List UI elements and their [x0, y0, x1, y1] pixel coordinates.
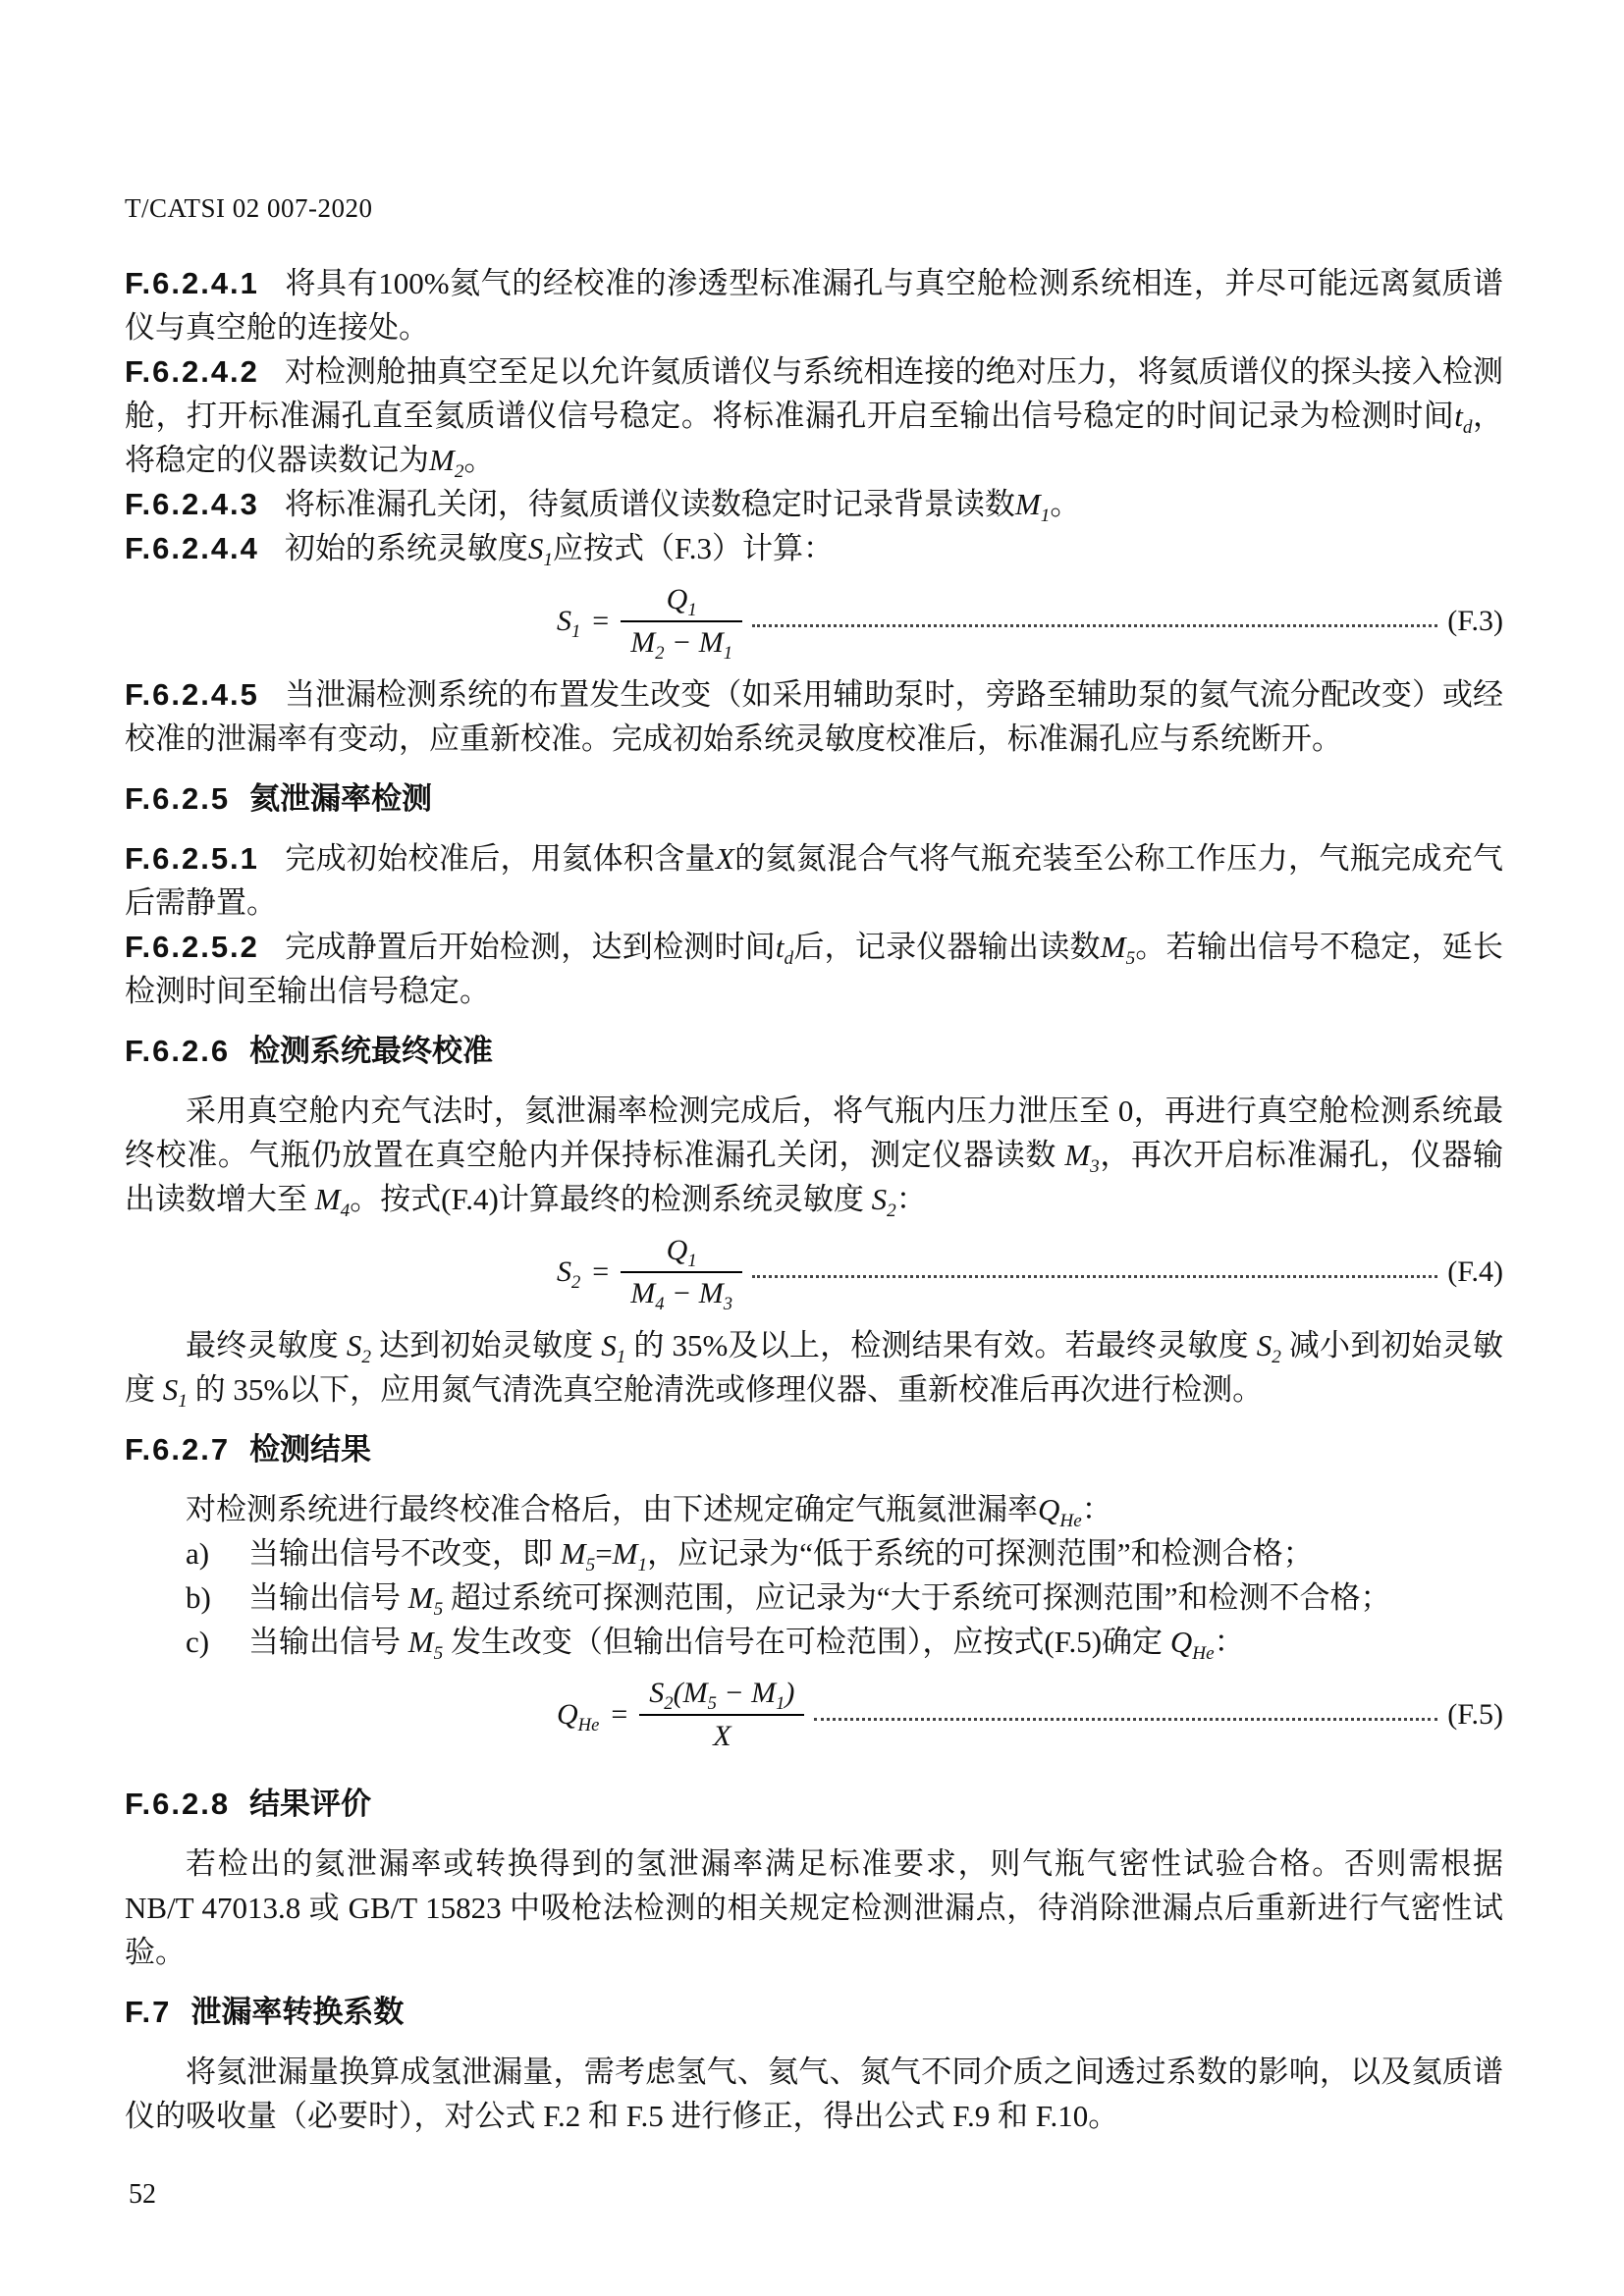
clause-f6245: F.6.2.4.5当泄漏检测系统的布置发生改变（如采用辅助泵时，旁路至辅助泵的氦… — [125, 672, 1503, 761]
formula-lhs: S1 — [557, 605, 580, 638]
equals-sign: = — [611, 1698, 627, 1732]
clause-number: F.6.2.4.2 — [125, 354, 259, 389]
equation-f5: QHe = S2(M5 − M1) X — [557, 1673, 804, 1757]
formula-f3: S1 = Q1 M2 − M1 (F.3) — [125, 570, 1503, 672]
dotted-leader — [752, 1275, 1437, 1278]
list-marker: b) — [186, 1575, 248, 1620]
list-marker: c) — [186, 1620, 248, 1664]
clause-f6241: F.6.2.4.1将具有100%氦气的经校准的渗透型标准漏孔与真空舱检测系统相连… — [125, 261, 1503, 349]
formula-f4: S2 = Q1 M4 − M3 (F.4) — [125, 1221, 1503, 1323]
fraction-numerator: S2(M5 − M1) — [639, 1673, 804, 1714]
clause-number: F.6.2.4.4 — [125, 531, 259, 565]
document-code-header: T/CATSI 02 007-2020 — [125, 192, 1503, 224]
heading-title: 检测系统最终校准 — [249, 1034, 493, 1068]
equals-sign: = — [592, 1255, 609, 1289]
clause-f6243: F.6.2.4.3将标准漏孔关闭，待氦质谱仪读数稳定时记录背景读数M1。 — [125, 482, 1503, 526]
heading-title: 氦泄漏率检测 — [249, 781, 432, 816]
heading-number: F.6.2.6 — [125, 1034, 230, 1068]
paragraph-f7-body: 将氦泄漏量换算成氢泄漏量，需考虑氢气、氦气、氮气不同介质之间透过系数的影响，以及… — [125, 2050, 1503, 2138]
clause-f6251: F.6.2.5.1完成初始校准后，用氦体积含量X的氦氮混合气将气瓶充装至公称工作… — [125, 836, 1503, 925]
clause-text: 当泄漏检测系统的布置发生改变（如采用辅助泵时，旁路至辅助泵的氦气流分配改变）或经… — [125, 677, 1503, 756]
clause-text: 初始的系统灵敏度S1应按式（F.3）计算： — [285, 531, 834, 565]
dotted-leader — [752, 624, 1437, 627]
formula-label: (F.5) — [1447, 1698, 1503, 1732]
clause-text: 完成静置后开始检测，达到检测时间td后，记录仪器输出读数M5。若输出信号不稳定，… — [125, 930, 1503, 1008]
clause-text: 完成初始校准后，用氦体积含量X的氦氮混合气将气瓶充装至公称工作压力，气瓶完成充气… — [125, 841, 1503, 920]
heading-title: 检测结果 — [249, 1432, 371, 1467]
section-heading-f626: F.6.2.6检测系统最终校准 — [125, 1029, 1503, 1073]
heading-title: 结果评价 — [249, 1787, 371, 1821]
list-text: 当输出信号 M5 超过系统可探测范围，应记录为“大于系统可探测范围”和检测不合格… — [248, 1575, 1503, 1620]
section-heading-f625: F.6.2.5氦泄漏率检测 — [125, 776, 1503, 821]
clause-number: F.6.2.5.1 — [125, 841, 259, 876]
fraction-numerator: Q1 — [621, 579, 742, 620]
paragraph-sensitivity-criteria: 最终灵敏度 S2 达到初始灵敏度 S1 的 35%及以上，检测结果有效。若最终灵… — [125, 1323, 1503, 1412]
clause-text: 对检测舱抽真空至足以允许氦质谱仪与系统相连接的绝对压力，将氦质谱仪的探头接入检测… — [125, 354, 1503, 477]
section-heading-f7: F.7泄漏率转换系数 — [125, 1990, 1503, 2034]
clause-number: F.6.2.5.2 — [125, 930, 259, 964]
list-marker: a) — [186, 1531, 248, 1575]
clause-text: 将具有100%氦气的经校准的渗透型标准漏孔与真空舱检测系统相连，并尽可能远离氦质… — [125, 266, 1503, 345]
document-page: T/CATSI 02 007-2020 F.6.2.4.1将具有100%氦气的经… — [0, 0, 1624, 2296]
dotted-leader — [814, 1718, 1437, 1721]
heading-number: F.6.2.8 — [125, 1787, 230, 1821]
fraction: S2(M5 − M1) X — [639, 1673, 804, 1757]
section-heading-f627: F.6.2.7检测结果 — [125, 1427, 1503, 1471]
clause-f6244: F.6.2.4.4初始的系统灵敏度S1应按式（F.3）计算： — [125, 526, 1503, 570]
fraction-denominator: M4 − M3 — [621, 1271, 742, 1314]
list-item-c: c)当输出信号 M5 发生改变（但输出信号在可检范围），应按式(F.5)确定 Q… — [125, 1620, 1503, 1664]
page-number: 52 — [125, 2179, 1503, 2211]
fraction: Q1 M4 − M3 — [621, 1230, 742, 1314]
formula-label: (F.4) — [1447, 1255, 1503, 1289]
fraction-denominator: X — [639, 1714, 804, 1757]
clause-number: F.6.2.4.1 — [125, 266, 259, 300]
list-item-b: b)当输出信号 M5 超过系统可探测范围，应记录为“大于系统可探测范围”和检测不… — [125, 1575, 1503, 1620]
fraction-denominator: M2 − M1 — [621, 620, 742, 664]
clause-f6242: F.6.2.4.2对检测舱抽真空至足以允许氦质谱仪与系统相连接的绝对压力，将氦质… — [125, 349, 1503, 482]
list-item-a: a)当输出信号不改变，即 M5=M1，应记录为“低于系统的可探测范围”和检测合格… — [125, 1531, 1503, 1575]
section-heading-f628: F.6.2.8结果评价 — [125, 1782, 1503, 1826]
fraction-numerator: Q1 — [621, 1230, 742, 1271]
paragraph-f627-intro: 对检测系统进行最终校准合格后，由下述规定确定气瓶氦泄漏率QHe： — [125, 1487, 1503, 1531]
clause-text: 将标准漏孔关闭，待氦质谱仪读数稳定时记录背景读数M1。 — [285, 487, 1080, 521]
heading-title: 泄漏率转换系数 — [190, 1995, 404, 2029]
formula-lhs: QHe — [557, 1698, 599, 1732]
list-text: 当输出信号不改变，即 M5=M1，应记录为“低于系统的可探测范围”和检测合格； — [248, 1531, 1503, 1575]
clause-number: F.6.2.4.5 — [125, 677, 259, 712]
fraction: Q1 M2 − M1 — [621, 579, 742, 664]
formula-lhs: S2 — [557, 1255, 580, 1289]
heading-number: F.6.2.7 — [125, 1432, 230, 1467]
formula-label: (F.3) — [1447, 605, 1503, 638]
equation-f4: S2 = Q1 M4 − M3 — [557, 1230, 742, 1314]
paragraph-f626-body: 采用真空舱内充气法时，氦泄漏率检测完成后，将气瓶内压力泄压至 0，再进行真空舱检… — [125, 1089, 1503, 1221]
clause-f6252: F.6.2.5.2完成静置后开始检测，达到检测时间td后，记录仪器输出读数M5。… — [125, 925, 1503, 1013]
equation-f3: S1 = Q1 M2 − M1 — [557, 579, 742, 664]
heading-number: F.7 — [125, 1995, 171, 2029]
heading-number: F.6.2.5 — [125, 781, 230, 816]
clause-number: F.6.2.4.3 — [125, 487, 259, 521]
equals-sign: = — [592, 605, 609, 638]
paragraph-f628-body: 若检出的氦泄漏率或转换得到的氢泄漏率满足标准要求，则气瓶气密性试验合格。否则需根… — [125, 1842, 1503, 1974]
formula-f5: QHe = S2(M5 − M1) X (F.5) — [125, 1664, 1503, 1766]
list-text: 当输出信号 M5 发生改变（但输出信号在可检范围），应按式(F.5)确定 QHe… — [248, 1620, 1503, 1664]
